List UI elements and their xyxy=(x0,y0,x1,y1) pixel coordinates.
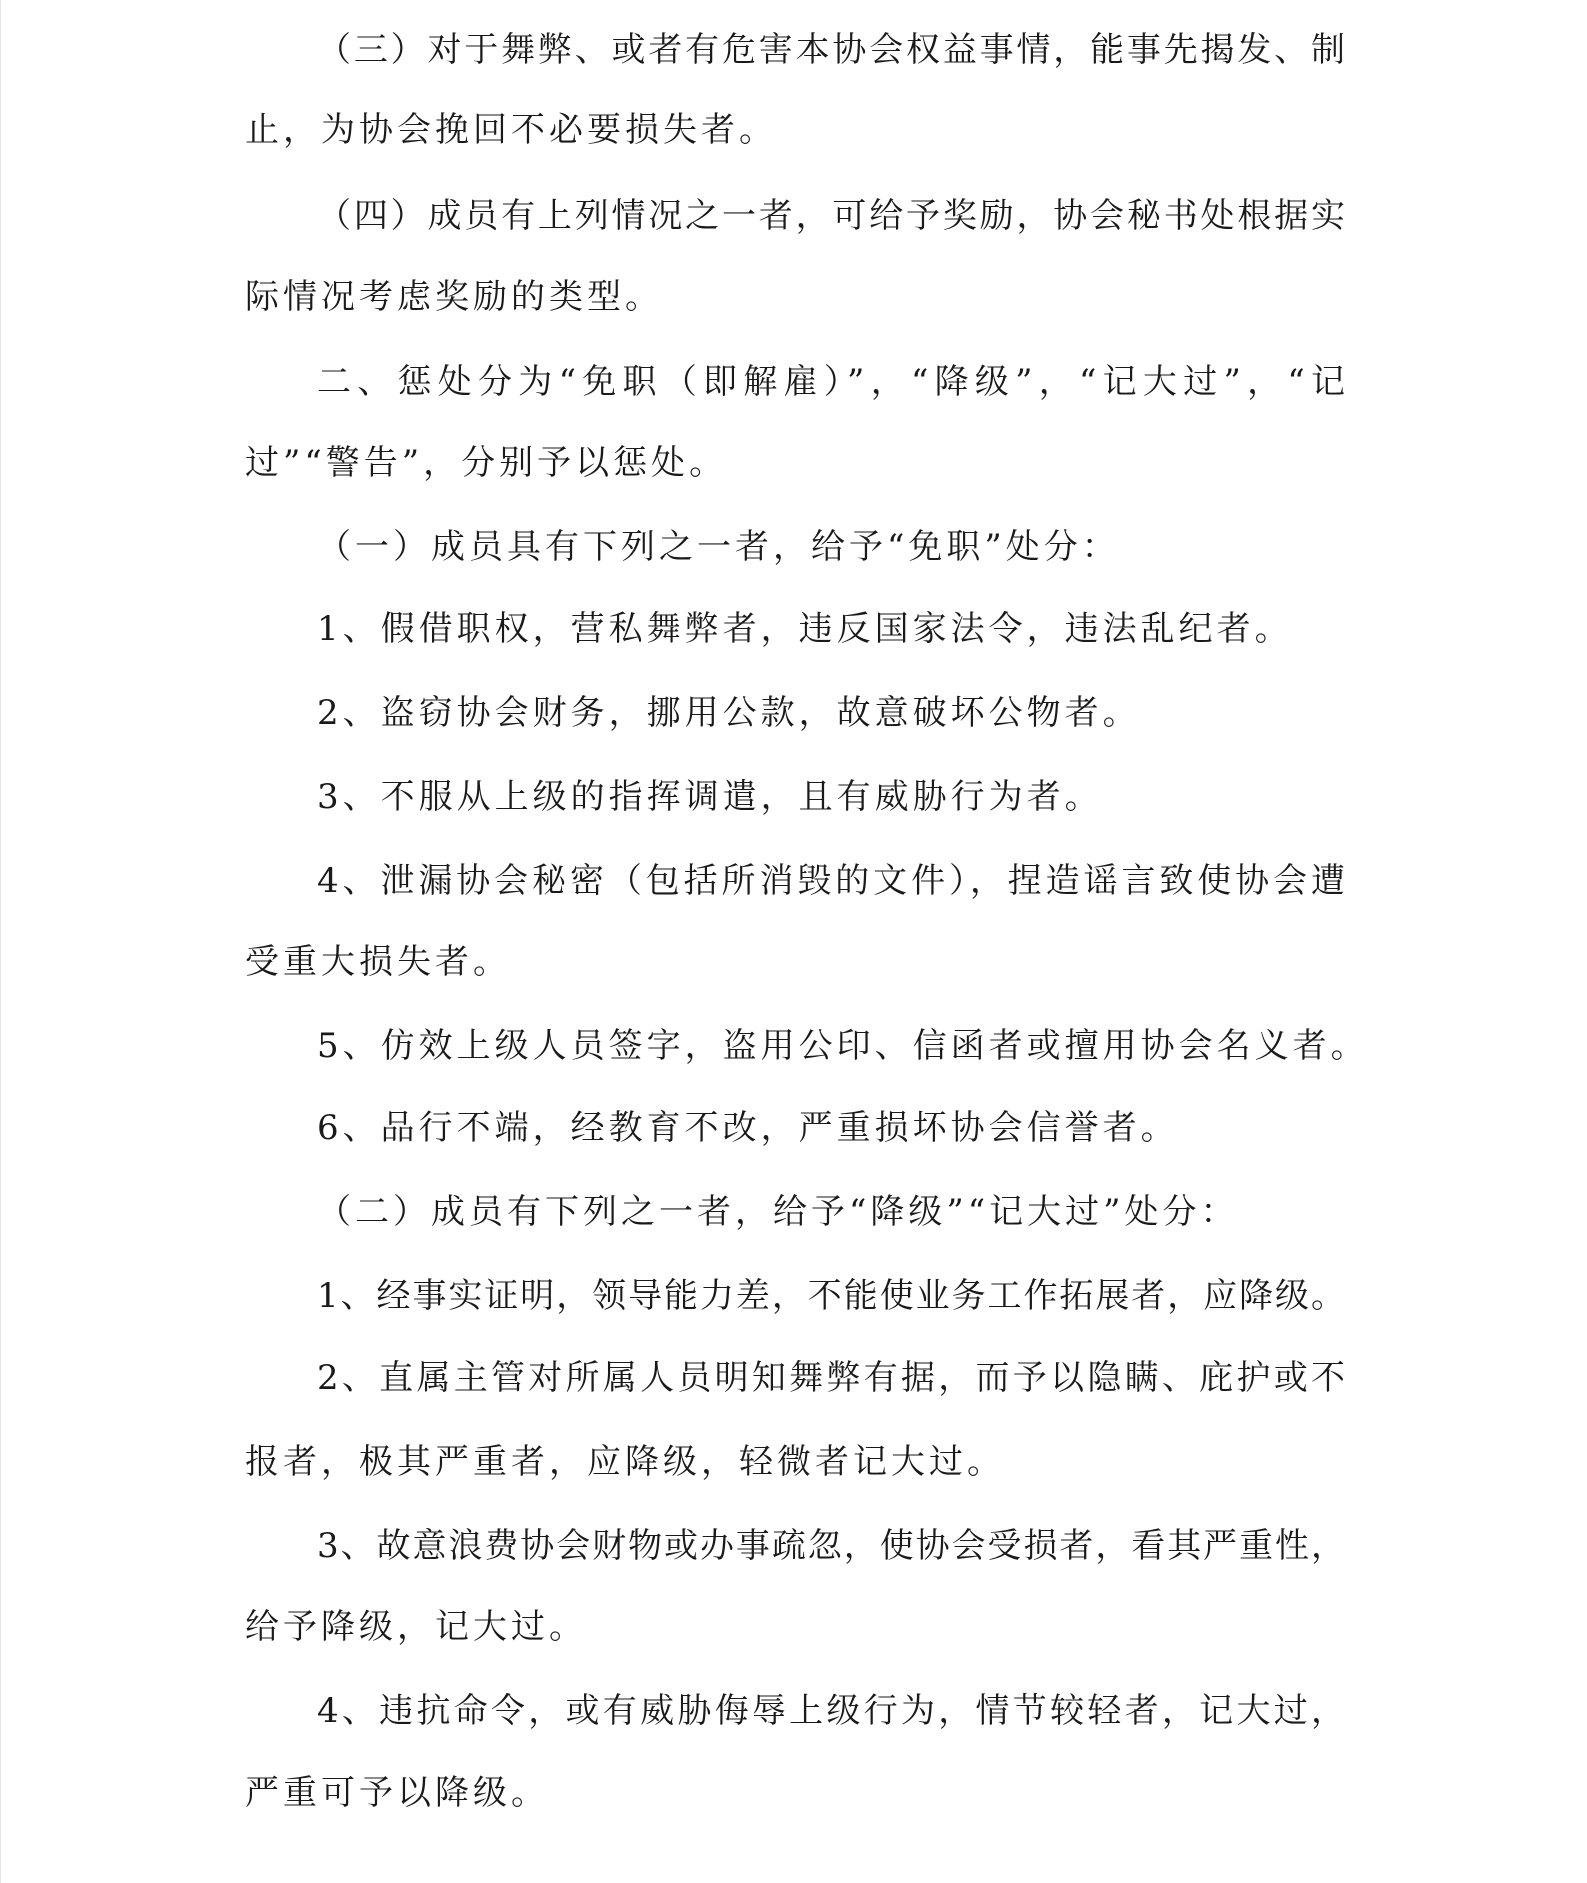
dismissal-item-3: 3、不服从上级的指挥调遣，且有威胁行为者。 xyxy=(245,775,1345,819)
demotion-item-4-line-2: 严重可予以降级。 xyxy=(245,1771,1345,1815)
dismissal-item-2: 2、盗窃协会财务，挪用公款，故意破坏公物者。 xyxy=(245,691,1345,735)
demotion-item-3-line-1: 3、故意浪费协会财物或办事疏忽，使协会受损者，看其严重性， xyxy=(245,1524,1345,1568)
demotion-item-1: 1、经事实证明，领导能力差，不能使业务工作拓展者，应降级。 xyxy=(245,1274,1345,1318)
dismissal-item-6: 6、品行不端，经教育不改，严重损坏协会信誉者。 xyxy=(245,1106,1345,1150)
demotion-item-2-line-1: 2、直属主管对所属人员明知舞弊有据，而予以隐瞒、庇护或不 xyxy=(245,1356,1345,1400)
page-edge-divider xyxy=(0,0,1,1883)
paragraph-reward-4-line-1: （四）成员有上列情况之一者，可给予奖励，协会秘书处根据实 xyxy=(245,194,1345,238)
dismissal-item-4-line-2: 受重大损失者。 xyxy=(245,940,1345,984)
paragraph-reward-3-line-1: （三）对于舞弊、或者有危害本协会权益事情，能事先揭发、制 xyxy=(245,28,1345,72)
paragraph-reward-3-line-2: 止，为协会挽回不必要损失者。 xyxy=(245,108,1345,152)
demotion-item-3-line-2: 给予降级，记大过。 xyxy=(245,1605,1345,1649)
dismissal-item-4-line-1: 4、泄漏协会秘密（包括所消毁的文件），捏造谣言致使协会遭 xyxy=(245,859,1345,903)
dismissal-item-1: 1、假借职权，营私舞弊者，违反国家法令，违法乱纪者。 xyxy=(245,607,1345,651)
subsection-demotion-heading: （二）成员有下列之一者，给予“降级”“记大过”处分： xyxy=(245,1190,1345,1234)
dismissal-item-5: 5、仿效上级人员签字，盗用公印、信函者或擅用协会名义者。 xyxy=(245,1024,1345,1068)
section-punishment-intro-line-2: 过”“警告”，分别予以惩处。 xyxy=(245,441,1345,485)
demotion-item-4-line-1: 4、违抗命令，或有威胁侮辱上级行为，情节较轻者，记大过， xyxy=(245,1689,1345,1733)
section-punishment-intro-line-1: 二、惩处分为“免职（即解雇）”，“降级”，“记大过”，“记 xyxy=(245,360,1345,404)
paragraph-reward-4-line-2: 际情况考虑奖励的类型。 xyxy=(245,275,1345,319)
subsection-dismissal-heading: （一）成员具有下列之一者，给予“免职”处分： xyxy=(245,525,1345,569)
demotion-item-2-line-2: 报者，极其严重者，应降级，轻微者记大过。 xyxy=(245,1440,1345,1484)
